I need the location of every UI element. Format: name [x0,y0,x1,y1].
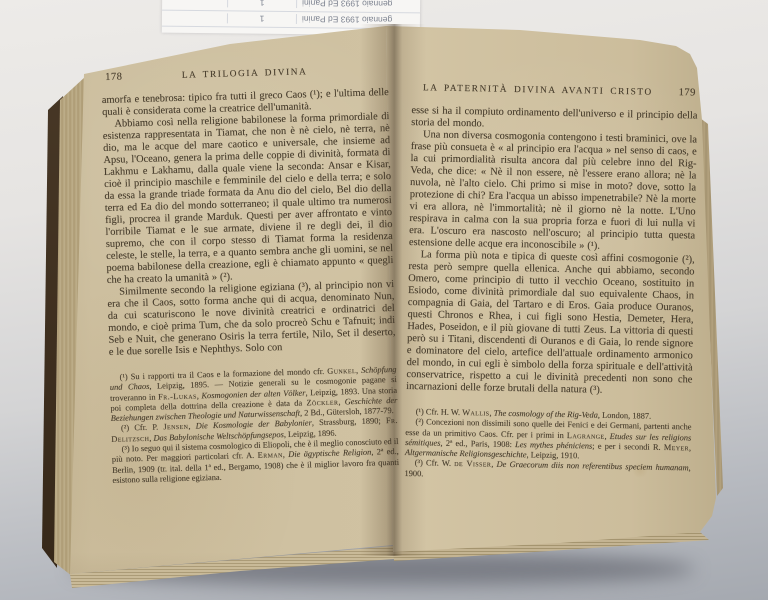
text-segment: Wallis [462,408,489,418]
text-segment: , 2ª ed., Paris, 1908: [440,439,515,449]
text-segment: (³) Cfr. W. [415,459,455,469]
text-segment: Gunkel [327,366,356,376]
text-segment: The cosmology of the Rig-Veda [494,409,598,420]
text-segment: Altgermanische Religionsgeschichte [405,448,527,459]
book-photo-scene: gennaio 1993 Ed Panini 1 gennaio 1993 Ed… [0,0,768,600]
page-number: 179 [678,87,695,98]
footnote: (¹) Su i rapporti tra il Caos e la forma… [109,365,397,424]
body-paragraph: Similmente secondo la religione egiziana… [107,279,396,359]
text-segment: Fr.-Lukas [158,391,197,401]
footnotes-block: (¹) Su i rapporti tra il Caos e la forma… [109,365,399,486]
text-segment: Die ägyptische Religion [288,448,371,459]
text-segment: Zöckler [306,397,338,407]
text-segment: , London, 1887. [598,411,651,421]
text-segment: Meyer [664,443,689,452]
text-segment: Lagrange [567,431,605,441]
left-page-text: 178 LA TRILOGIA DIVINA amorfa e tenebros… [101,64,399,486]
body-text: amorfa e tenebrosa: tipico fra tutti il … [102,87,396,359]
text-segment: (¹) Cfr. H. W. [416,407,463,417]
text-segment: Erman [257,450,282,460]
body-text: esse si ha il compiuto ordinamento dell'… [406,105,697,398]
body-paragraph: Una non diversa cosmogonia contengono i … [409,129,697,254]
footnote: (²) Concezioni non dissimili sono quelle… [405,417,692,464]
open-book: 178 LA TRILOGIA DIVINA amorfa e tenebros… [0,0,768,600]
footnotes-block: (¹) Cfr. H. W. Wallis, The cosmology of … [404,407,691,485]
text-segment: , Strassburg, 1890; [312,417,386,428]
footnote: (³) Io seguo qui il sistema cosmologico … [111,437,399,486]
text-segment: , Leipzig, 1896. [284,428,337,438]
text-segment: , Leipzig, 1910. [526,450,579,460]
right-page-text: LA PATERNITÀ DIVINA AVANTI CRISTO 179 es… [404,82,698,484]
body-paragraph: La forma più nota e tipica di queste cos… [406,249,695,398]
text-segment: , [689,443,691,452]
text-segment: Jensen [163,422,188,432]
text-segment: Les mythes phéniciens [515,440,592,450]
text-segment: ; e per i secondi R. [592,441,664,451]
text-segment: de Visser [454,459,491,469]
body-paragraph: Abbiamo così nella religione babilonese … [102,111,394,287]
text-segment: (²) Cfr. P. [121,423,164,433]
